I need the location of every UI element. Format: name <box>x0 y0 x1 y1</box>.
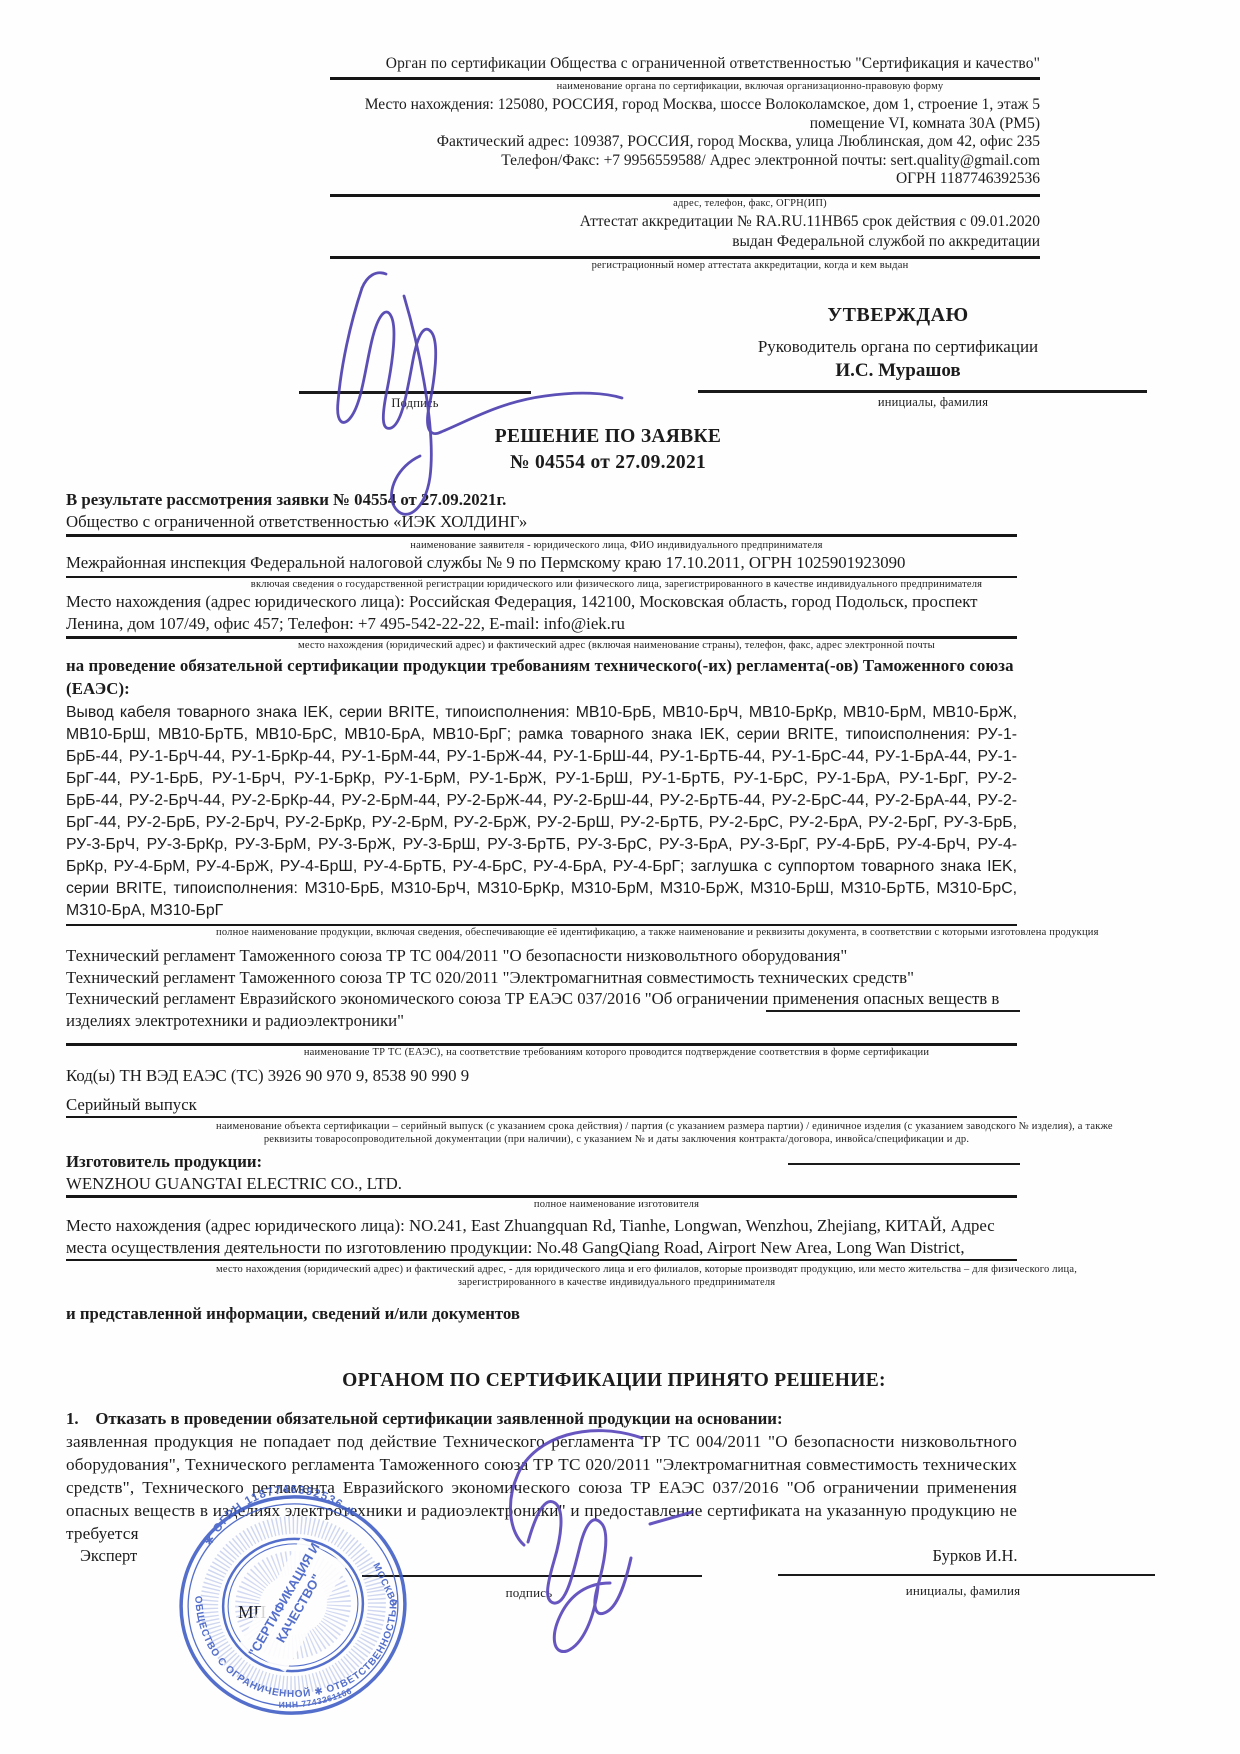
expert-name-caption: инициалы, фамилия <box>813 1583 1113 1599</box>
registration-caption: включая сведения о государственной регис… <box>66 578 1017 591</box>
decision-item1: 1. Отказать в проведении обязательной се… <box>66 1407 1017 1430</box>
manufacturer-address-caption-1: место нахождения (юридический адрес) и ф… <box>66 1264 1017 1277</box>
approver-name-caption: инициалы, фамилия <box>783 395 1083 410</box>
org-address-line: ОГРН 1187746392536 <box>330 170 1040 189</box>
org-accreditation-line: выдан Федеральной службой по аккредитаци… <box>330 232 1040 253</box>
svg-text:ИНН 7743261166: ИНН 7743261166 <box>277 1685 355 1713</box>
regulations-list: Технический регламент Таможенного союза … <box>66 945 1017 1031</box>
products-caption: полное наименование продукции, включая с… <box>66 926 1017 939</box>
blank-fill-line <box>766 1010 1020 1012</box>
document-title-line1: РЕШЕНИЕ ПО ЗАЯВКЕ <box>103 424 1113 450</box>
org-header: Орган по сертификации Общества с огранич… <box>330 54 1040 272</box>
svg-text:ОБЩЕСТВО С ОГРАНИЧЕННОЙ ✱ ОТВЕ: ОБЩЕСТВО С ОГРАНИЧЕННОЙ ✱ ОТВЕТСТВЕННОСТ… <box>191 1561 415 1717</box>
approver-role: Руководитель органа по сертификации <box>648 336 1148 358</box>
tnved-codes: Код(ы) ТН ВЭД ЕАЭС (ТС) 3926 90 970 9, 8… <box>66 1065 1017 1087</box>
applicant-caption: наименование заявителя - юридического ли… <box>66 539 1017 552</box>
signature-line <box>362 1575 702 1577</box>
applicant-address: Место нахождения (адрес юридического лиц… <box>66 591 1017 635</box>
regulations-caption: наименование ТР ТС (ЕАЭС), на соответств… <box>66 1046 1017 1059</box>
form-rule <box>66 534 1017 537</box>
document-page: Орган по сертификации Общества с огранич… <box>0 0 1240 1754</box>
org-accreditation-line: Аттестат аккредитации № RA.RU.11НВ65 сро… <box>330 212 1040 233</box>
manufacturer-address: Место нахождения (адрес юридического лиц… <box>66 1215 1017 1259</box>
org-title: Орган по сертификации Общества с огранич… <box>330 54 1040 74</box>
org-address-line: Телефон/Факс: +7 9956559588/ Адрес элект… <box>330 152 1040 171</box>
applicant-address-caption: место нахождения (юридический адрес) и ф… <box>66 639 1017 652</box>
approver-name: И.С. Мурашов <box>648 359 1148 383</box>
product-list: Вывод кабеля товарного знака IEK, серии … <box>66 702 1017 923</box>
decision-text: заявленная продукция не попадает под дей… <box>66 1430 1017 1545</box>
approver-signature-icon <box>338 273 622 515</box>
mp-label: МП <box>238 1602 266 1623</box>
intro-line: В результате рассмотрения заявки № 04554… <box>66 489 1017 511</box>
expert-label: Эксперт <box>80 1546 137 1566</box>
approval-word: УТВЕРЖДАЮ <box>648 303 1148 327</box>
signature-line <box>698 390 1147 393</box>
signature-line <box>778 1574 1155 1576</box>
regulation-line: Технический регламент Таможенного союза … <box>66 945 1017 967</box>
stamp-city-text: МОСКВА <box>370 1561 400 1608</box>
org-address-caption: адрес, телефон, факс, ОГРН(ИП) <box>330 197 1040 210</box>
org-title-caption: наименование органа по сертификации, вкл… <box>330 80 1040 93</box>
document-title-line2: № 04554 от 27.09.2021 <box>103 450 1113 476</box>
org-accreditation-caption: регистрационный номер аттестата аккредит… <box>330 259 1040 272</box>
expert-name: Бурков И.Н. <box>825 1546 1125 1566</box>
document-title: РЕШЕНИЕ ПО ЗАЯВКЕ № 04554 от 27.09.2021 <box>103 424 1113 475</box>
form-rule <box>66 1116 1017 1119</box>
stamp-center-line1: "СЕРТИФИКАЦИЯ И <box>245 1540 322 1659</box>
document-body: В результате рассмотрения заявки № 04554… <box>66 489 1017 1545</box>
applicant-registration: Межрайонная инспекция Федеральной налого… <box>66 552 1017 574</box>
decision-heading: ОРГАНОМ ПО СЕРТИФИКАЦИИ ПРИНЯТО РЕШЕНИЕ: <box>66 1369 1017 1393</box>
stamp-center-line2: КАЧЕСТВО" <box>273 1571 324 1645</box>
manufacturer-address-caption-2: зарегистрированного в качестве индивидуа… <box>66 1277 1017 1290</box>
and-info-line: и представленной информации, сведений и/… <box>66 1303 1017 1325</box>
signature-line <box>299 391 531 394</box>
blank-fill-line <box>788 1163 1020 1165</box>
stamp-company-text: ОБЩЕСТВО С ОГРАНИЧЕННОЙ ✱ ОТВЕТСТВЕННОСТ… <box>191 1561 415 1717</box>
serial-caption-2: реквизиты товаросопроводительной докумен… <box>66 1134 1017 1147</box>
org-address-line: Место нахождения: 125080, РОССИЯ, город … <box>330 96 1040 115</box>
org-address-line: помещение VI, комната 30А (РМ5) <box>330 115 1040 134</box>
stamp-inn-text: ИНН 7743261166 <box>277 1685 355 1713</box>
manufacturer-name: WENZHOU GUANGTAI ELECTRIC CO., LTD. <box>66 1173 1017 1195</box>
approver-sign-caption: Подпись <box>315 396 515 411</box>
certification-request: на проведение обязательной сертификации … <box>66 654 1017 700</box>
serial-release: Серийный выпуск <box>66 1094 1017 1116</box>
expert-sign-caption: подпись <box>429 1585 629 1601</box>
manufacturer-caption: полное наименование изготовителя <box>66 1198 1017 1211</box>
org-address-line: Фактический адрес: 109387, РОССИЯ, город… <box>330 133 1040 152</box>
applicant-name: Общество с ограниченной ответственностью… <box>66 511 1017 533</box>
regulation-line: Технический регламент Таможенного союза … <box>66 967 1017 989</box>
form-rule <box>66 1259 1017 1262</box>
serial-caption-1: наименование объекта сертификации – сери… <box>66 1121 1017 1134</box>
